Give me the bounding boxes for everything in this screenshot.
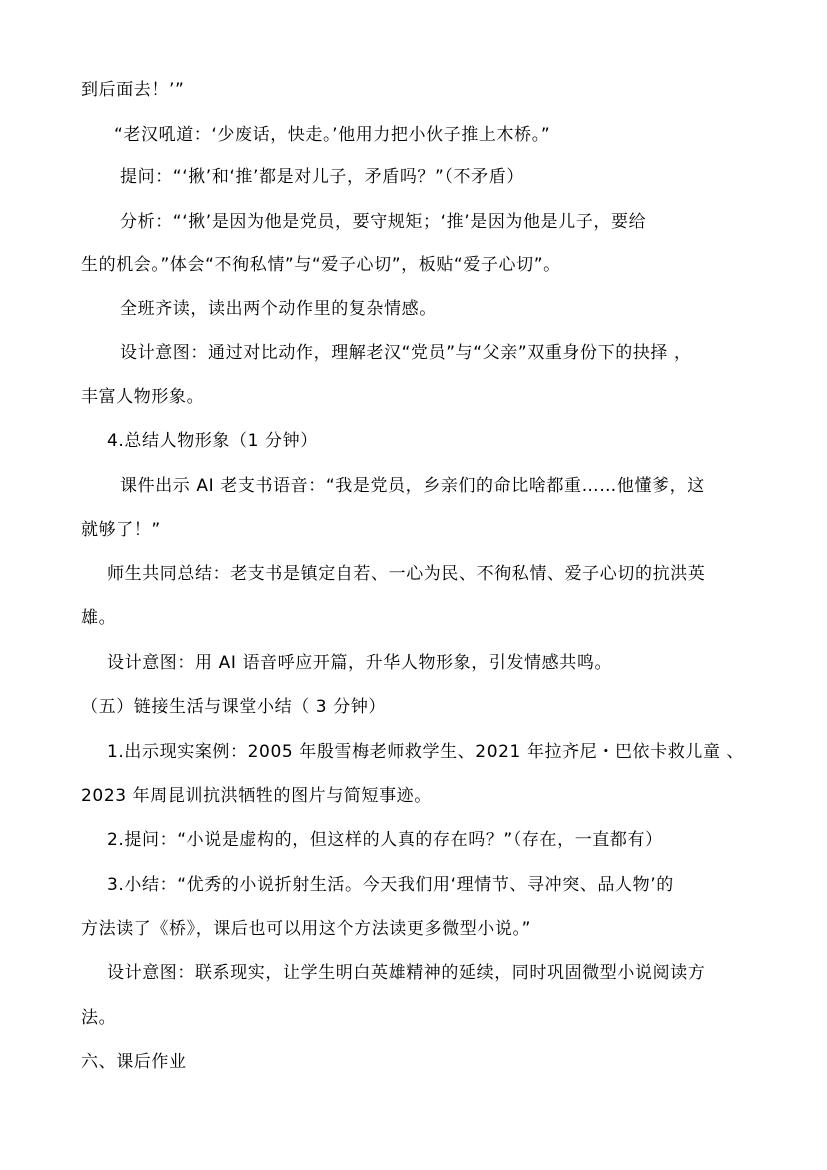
text-line-design-intent-3-cont: 法。	[81, 1007, 116, 1029]
text-line-ai-voice: 课件出示 AI 老支书语音：“我是党员，乡亲们的命比啥都重……他懂爹，这	[120, 475, 705, 497]
document-page: 到后面去！’” “老汉吼道：‘少废话，快走。’他用力把小伙子推上木桥。” 提问：…	[0, 0, 827, 1170]
text-line-class-reading: 全班齐读，读出两个动作里的复杂情感。	[120, 298, 437, 320]
text-line-joint-summary: 师生共同总结：老支书是镇定自若、一心为民、不徇私情、爱子心切的抗洪英	[107, 563, 705, 585]
text-line-question-2: 2.提问：“小说是虚构的，但这样的人真的存在吗？”（存在，一直都有）	[107, 829, 663, 851]
text-line-analysis: 分析：“‘揪’是因为他是党员，要守规矩；‘推’是因为他是儿子，要给	[120, 211, 646, 233]
text-line-analysis-cont: 生的机会。”体会“不徇私情”与“爱子心切”，板贴“爱子心切”。	[81, 254, 561, 276]
text-line-conclusion-cont: 方法读了《桥》，课后也可以用这个方法读更多微型小说。”	[81, 918, 531, 940]
text-line-quote-old-man: “老汉吼道：‘少废话，快走。’他用力把小伙子推上木桥。”	[114, 124, 550, 146]
text-line-design-intent-3: 设计意图：联系现实，让学生明白英雄精神的延续，同时巩固微型小说阅读方	[107, 962, 705, 984]
text-line-ai-voice-cont: 就够了！”	[81, 519, 161, 541]
text-line-real-cases-cont: 2023 年周昆训抗洪牺牲的图片与简短事迹。	[81, 785, 432, 807]
section-heading-part-five: （五）链接生活与课堂小结（ 3 分钟）	[81, 696, 386, 718]
text-line-joint-summary-cont: 雄。	[81, 607, 116, 629]
section-heading-homework: 六、课后作业	[81, 1051, 187, 1073]
text-line-conclusion: 3.小结：“优秀的小说折射生活。今天我们用‘理情节、寻冲突、品人物’的	[107, 874, 674, 896]
text-line-design-intent-1: 设计意图：通过对比动作，理解老汉“党员”与“父亲”双重身份下的抉择 ，	[120, 342, 692, 364]
text-line-design-intent-2: 设计意图：用 AI 语音呼应开篇，升华人物形象，引发情感共鸣。	[107, 652, 612, 674]
text-line-question: 提问：“‘揪’和‘推’都是对儿子，矛盾吗？”（不矛盾）	[120, 166, 524, 188]
text-line-design-intent-1-cont: 丰富人物形象。	[81, 386, 204, 408]
section-heading-summary: 4.总结人物形象（1 分钟）	[107, 430, 318, 452]
text-line-real-cases: 1.出示现实案例：2005 年殷雪梅老师救学生、2021 年拉齐尼・巴依卡救儿童…	[107, 741, 744, 763]
text-line-continuation: 到后面去！’”	[81, 79, 184, 101]
